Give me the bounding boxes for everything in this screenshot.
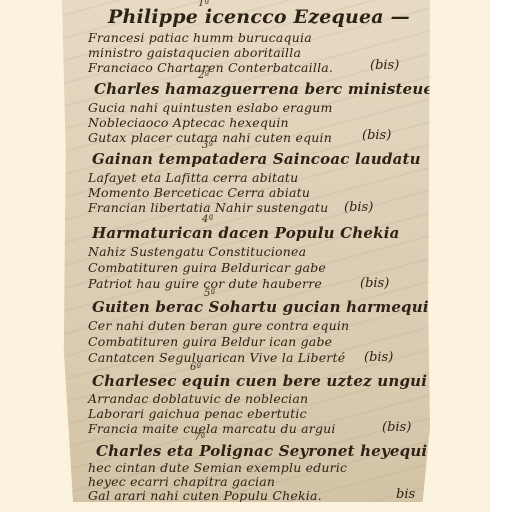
refrain-mark: (bis) [364, 350, 393, 365]
refrain-mark: (bis) [382, 420, 411, 435]
stanza-line: Francia maite cuela marcatu du argui [88, 421, 336, 436]
stanza-line: Harmaturican dacen Populu Chekia [92, 224, 400, 242]
refrain-mark: (bis) [344, 200, 373, 215]
stanza-line: Francian libertatia Nahir sustengatu [88, 200, 328, 215]
stanza-line: heyec ecarri chapitra gacian [88, 474, 275, 489]
stanza-line: Combatituren guira Belduricar gabe [88, 260, 326, 275]
stanza-line: Cantatcen Seguluarican Vive la Liberté [88, 350, 345, 365]
stanza-line: Arrandac doblatuvic de noblecian [88, 391, 308, 406]
stanza-line: Philippe icencco Ezequea — [108, 6, 410, 28]
stanza-line: Charlesec equin cuen bere uztez ungui [92, 372, 427, 390]
refrain-mark: (bis) [362, 128, 391, 143]
manuscript-page: 1ª Philippe icencco Ezequea — Francesi p… [62, 0, 430, 502]
refrain-mark: (bis) [370, 58, 399, 73]
stanza-line: Combatituren guira Beldur ican gabe [88, 334, 332, 349]
stanza-line: Gal arari nahi cuten Populu Chekia. [88, 488, 322, 502]
stanza-line: Nahiz Sustengatu Constitucionea [88, 244, 306, 259]
stanza-line: Gainan tempatadera Saincoac laudatu [92, 150, 421, 168]
stanza-line: ministro gaistaqucien aboritailla [88, 45, 301, 60]
refrain-mark: bis [396, 487, 415, 502]
stanza-line: Francesi patiac humm burucaquia [88, 30, 312, 45]
stanza-line: Nobleciaoco Aptecac hexequin [88, 115, 289, 130]
stanza-line: Franciaco Chartaren Conterbatcailla. [88, 60, 333, 75]
stanza-line: Charles hamazguerrena berc ministeuen [94, 80, 430, 98]
stanza-line: Cer nahi duten beran gure contra equin [88, 318, 349, 333]
stanza-line: Lafayet eta Lafitta cerra abitatu [88, 170, 298, 185]
stanza-line: hec cintan dute Semian exemplu eduric [88, 460, 347, 475]
stanza-line: Charles eta Polignac Seyronet heyequin [96, 442, 430, 460]
stanza-line: Momento Berceticac Cerra abiatu [88, 185, 310, 200]
stanza-line: Guiten berac Sohartu gucian harmequin [92, 298, 430, 316]
stanza-line: Gucia nahi quintusten eslabo eragum [88, 100, 333, 115]
refrain-mark: (bis) [360, 276, 389, 291]
stanza-line: Laborari gaichua penac ebertutic [88, 406, 307, 421]
